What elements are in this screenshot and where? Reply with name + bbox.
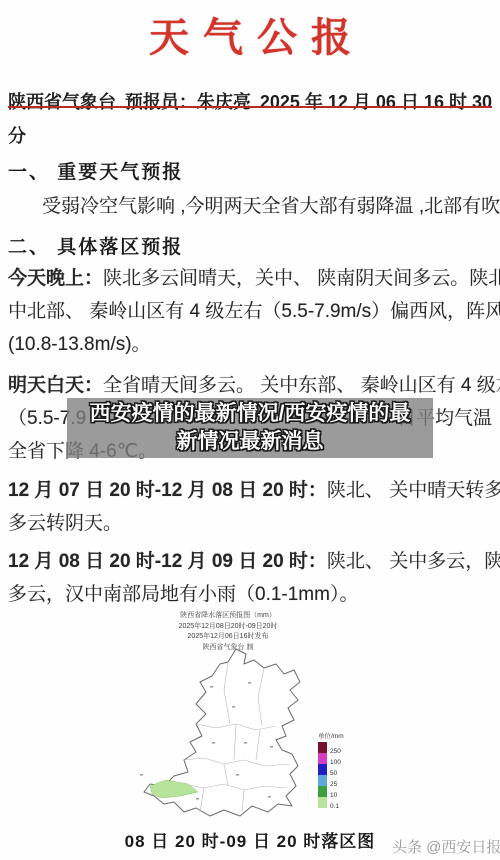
forecaster-name: 预报员：朱庆亮 xyxy=(125,88,251,114)
station-name: 陕西省气象台 xyxy=(8,88,116,114)
legend-swatch xyxy=(318,786,327,797)
legend-swatch xyxy=(318,764,327,775)
forecast-1207-line1: 12 月 07 日 20 时-12 月 08 日 20 时：陕北、 关中晴天转多… xyxy=(8,474,492,507)
forecast-tonight: 今天晚上：陕北多云间晴天，关中、 陕南阴天间多云。陕北北部、 关 中北部、 秦岭… xyxy=(8,262,492,361)
section-2-heading: 二、 具体落区预报 xyxy=(8,232,183,259)
legend-label: 0.1 xyxy=(330,803,339,810)
legend-swatch xyxy=(318,742,327,753)
map-issue-time: 2025年12月06日16时发布 xyxy=(78,632,378,643)
legend-label: 100 xyxy=(330,759,341,766)
forecast-1207: 12 月 07 日 20 时-12 月 08 日 20 时：陕北、 关中晴天转多… xyxy=(8,474,492,540)
legend-swatch xyxy=(318,753,327,764)
overlay-caption: 西安疫情的最新情况/西安疫情的最 新情况最新消息 xyxy=(67,398,433,458)
forecast-1207-line2: 多云转阴天。 xyxy=(8,507,492,540)
map-title: 陕西省降水落区预报图（mm） xyxy=(78,611,378,622)
legend-label: 25 xyxy=(330,781,337,788)
legend-swatch xyxy=(318,797,327,808)
legend-title: 单位/mm xyxy=(318,731,344,740)
forecast-tonight-line1: 今天晚上：陕北多云间晴天，关中、 陕南阴天间多云。陕北北部、 关 xyxy=(8,262,492,295)
forecast-1208-line2: 多云，汉中南部局地有小雨（0.1-1mm）。 xyxy=(8,578,492,611)
overlay-line-2: 新情况最新消息 xyxy=(177,428,324,456)
legend-label: 250 xyxy=(330,748,341,755)
map-valid-time: 2025年12月08日20时-09日20时 xyxy=(78,622,378,633)
map-legend: 单位/mm 250 100 50 25 10 0.1 xyxy=(318,731,344,808)
issue-datetime: 2025 年 12 月 06 日 16 时 30 xyxy=(260,88,492,114)
forecast-tonight-line2: 中北部、 秦岭山区有 4 级左右（5.5-7.9m/s）偏西风，阵风可达 6 级 xyxy=(8,295,492,328)
section-1-body: 受弱冷空气影响 ,今明两天全省大部有弱降温 ,北部有吹风天气。 xyxy=(42,190,500,223)
bulletin-title: 天气公报 xyxy=(0,6,500,63)
legend-label: 10 xyxy=(330,792,337,799)
shaanxi-province-map xyxy=(140,646,320,824)
section-1-heading: 一、 重要天气预报 xyxy=(8,157,183,184)
forecast-tonight-line3: (10.8-13.8m/s)。 xyxy=(8,328,492,361)
overlay-line-1: 西安疫情的最新情况/西安疫情的最 xyxy=(90,400,411,428)
watermark: 头条 @西安日报 xyxy=(392,836,500,857)
forecast-1208-line1: 12 月 08 日 20 时-12 月 09 日 20 时：陕北、 关中多云，陕… xyxy=(8,545,492,578)
bulletin-header-row: 陕西省气象台 预报员：朱庆亮 2025 年 12 月 06 日 16 时 30 xyxy=(8,88,492,114)
legend-swatch xyxy=(318,775,327,786)
legend-label: 50 xyxy=(330,770,337,777)
header-wrap-char: 分 xyxy=(8,122,26,148)
weather-bulletin-page: 天气公报 陕西省气象台 预报员：朱庆亮 2025 年 12 月 06 日 16 … xyxy=(0,0,500,860)
legend-item: 250 xyxy=(318,742,344,753)
header-underline xyxy=(8,106,492,108)
forecast-1208: 12 月 08 日 20 时-12 月 09 日 20 时：陕北、 关中多云，陕… xyxy=(8,545,492,611)
